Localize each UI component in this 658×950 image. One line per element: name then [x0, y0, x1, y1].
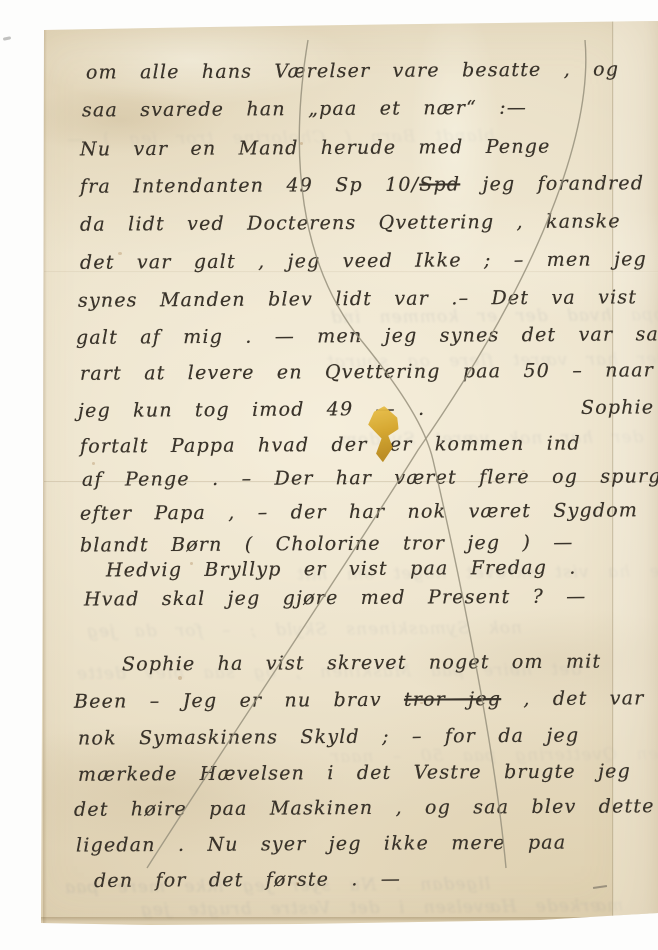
pencil-line-right — [147, 40, 586, 868]
pencil-line-left — [299, 40, 506, 868]
letter-paper: blandt Børn ( Cholorine tror jeg ) — for… — [0, 0, 658, 950]
foxing-speck — [178, 676, 182, 680]
foxing-speck — [300, 142, 303, 145]
foxing-speck — [296, 882, 299, 885]
foxing-speck — [118, 252, 122, 255]
foxing-speck — [420, 702, 423, 704]
foxing-speck — [92, 462, 95, 465]
pencil-cross-out-lines — [0, 0, 658, 950]
foxing-speck — [190, 562, 193, 565]
scanner-dust-speck — [3, 36, 11, 41]
scanned-letter-page: blandt Børn ( Cholorine tror jeg ) — for… — [0, 0, 658, 950]
foxing-speck — [522, 470, 525, 472]
